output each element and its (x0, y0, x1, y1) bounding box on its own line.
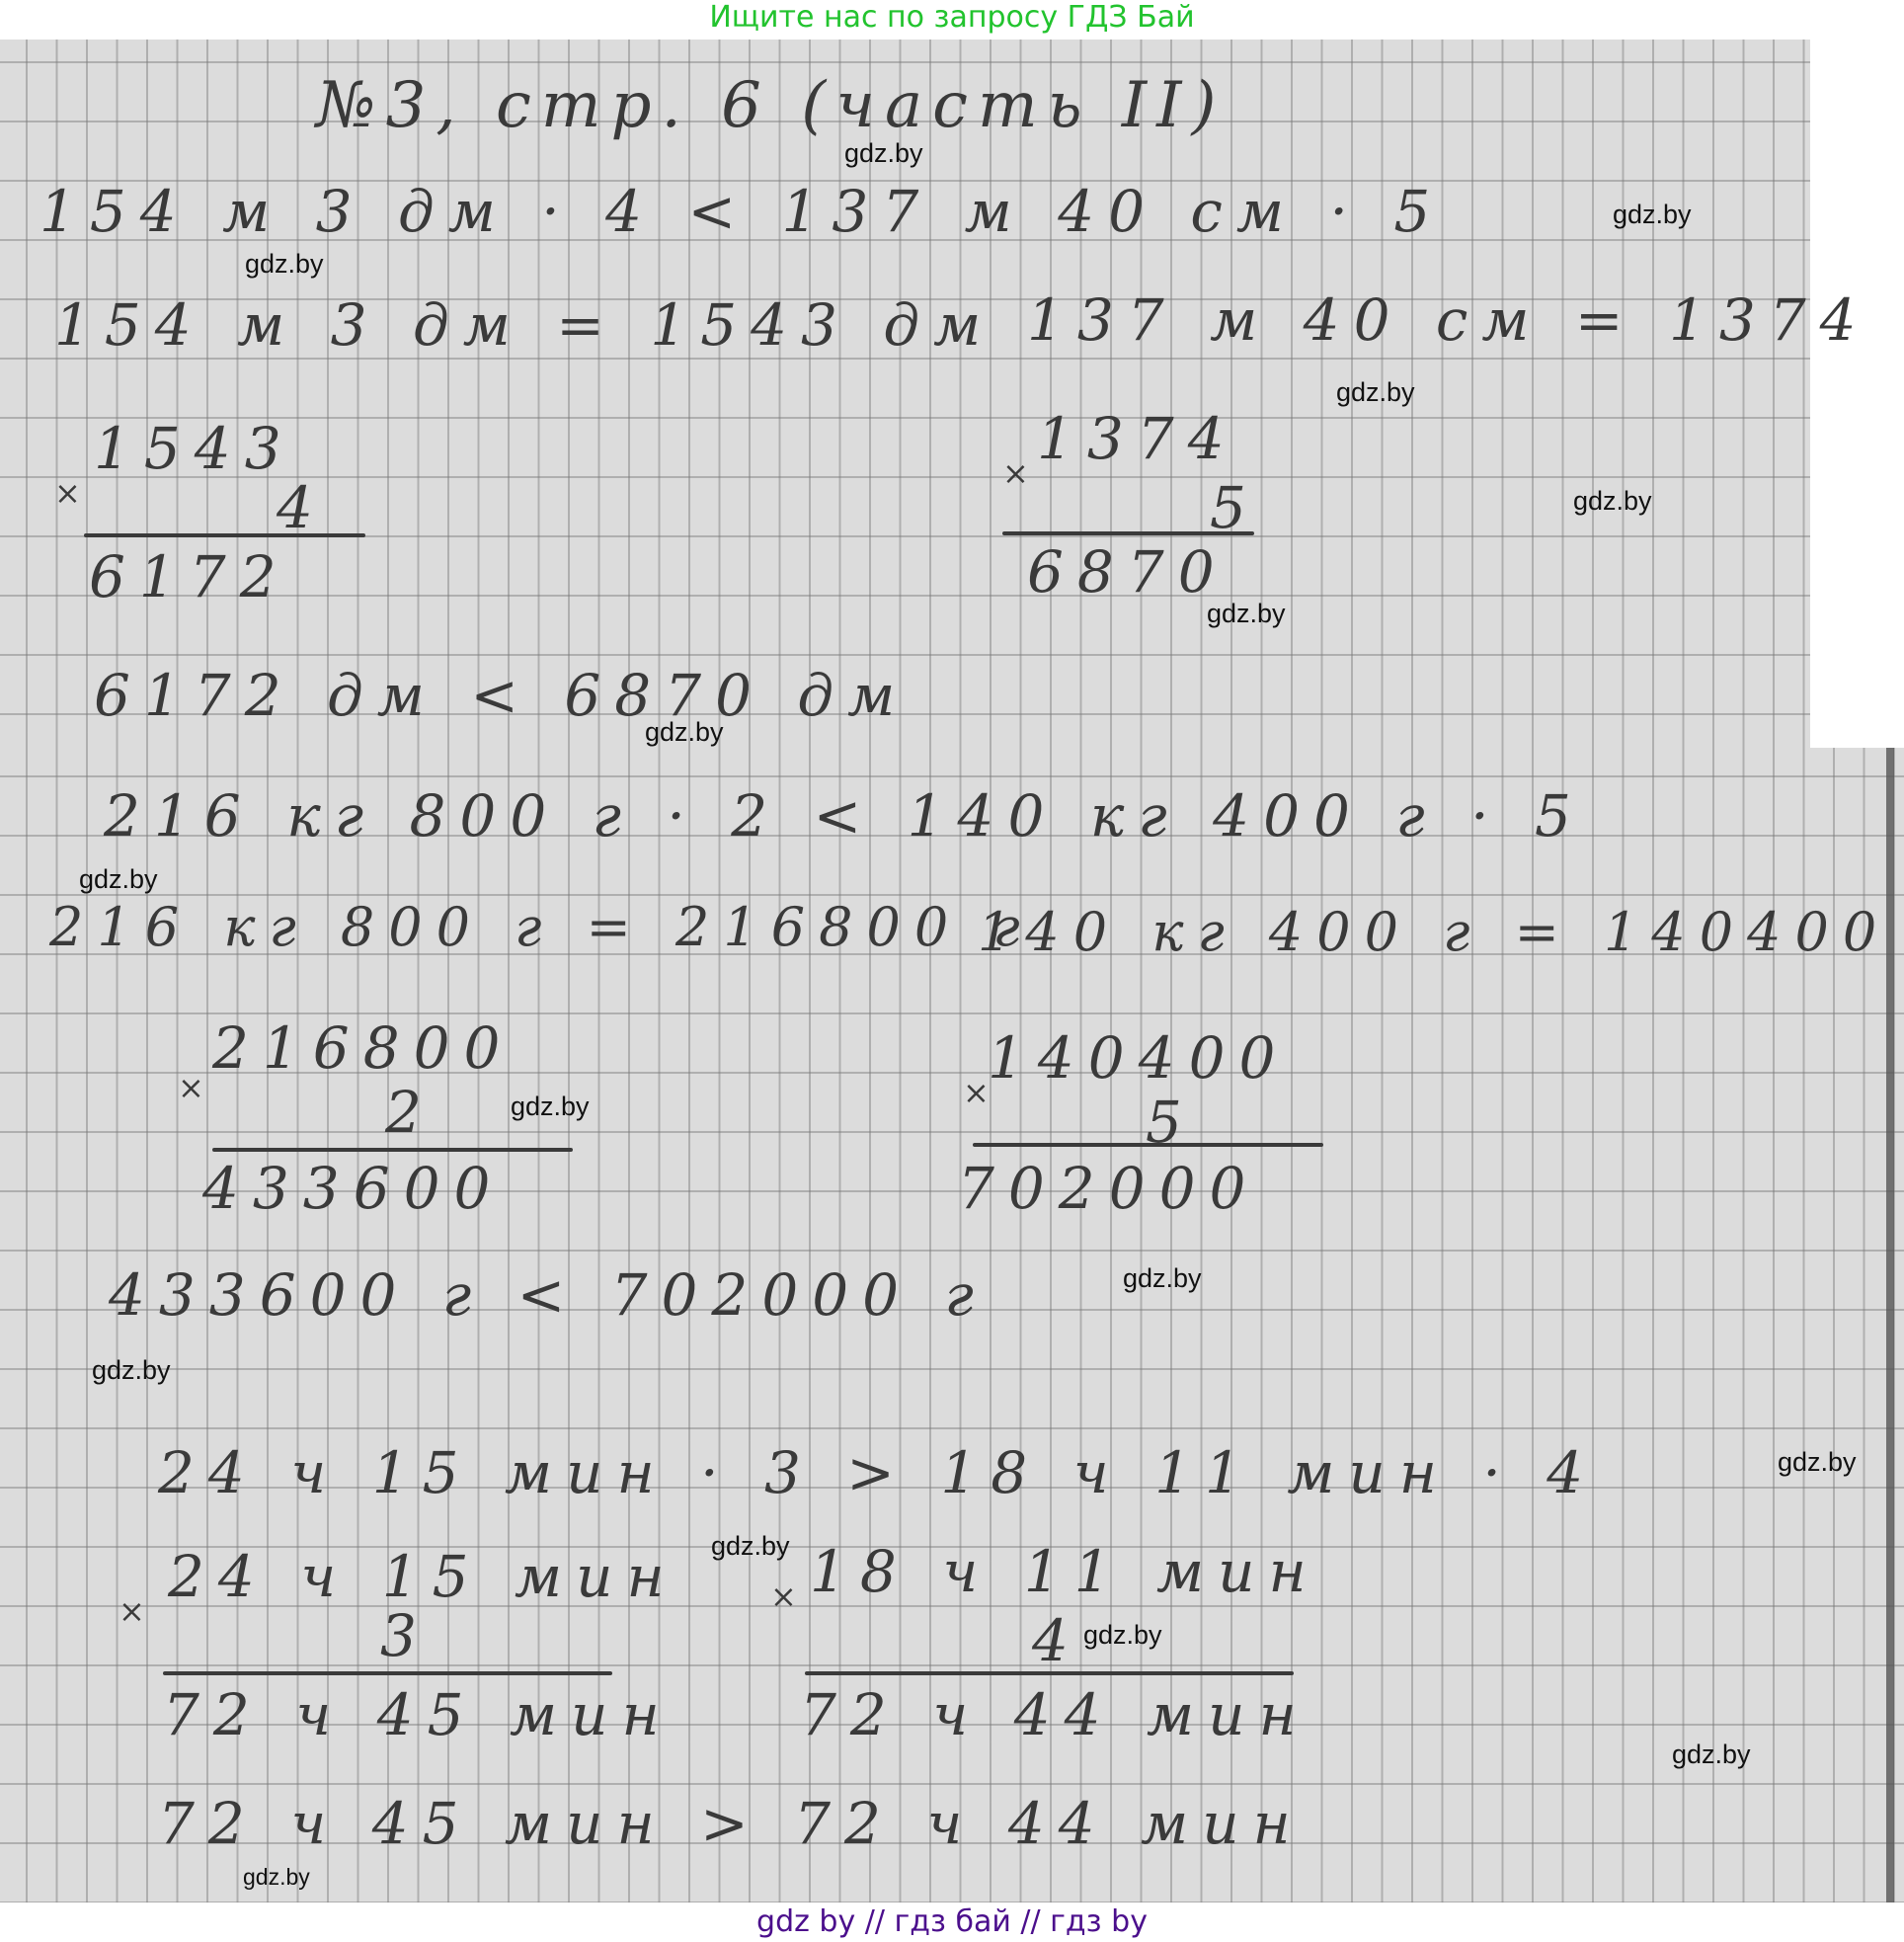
watermark: gdz.by (645, 717, 724, 748)
task3-left-underline (163, 1671, 612, 1675)
task2-right-multiplicand: 140400 (988, 1024, 1289, 1092)
task2-conversion-right: 140 кг 400 г = 140400 г (978, 901, 1904, 963)
task3-comparison: 24 ч 15 мин · 3 > 18 ч 11 мин · 4 (158, 1439, 1597, 1506)
watermark: gdz.by (711, 1531, 790, 1562)
task2-result: 433600 г < 702000 г (109, 1261, 988, 1329)
watermark: gdz.by (1672, 1740, 1751, 1770)
task1-left-underline (84, 533, 365, 537)
task2-right-underline (973, 1143, 1323, 1147)
task1-left-multiplier: 4 (277, 474, 327, 541)
task2-left-multiplicand: 216800 (212, 1014, 514, 1082)
task2-right-mult-sign: × (963, 1074, 990, 1111)
task1-right-underline (1002, 531, 1254, 535)
task1-comparison: 154 м 3 дм · 4 < 137 м 40 см · 5 (40, 178, 1444, 245)
watermark: gdz.by (844, 138, 923, 169)
task3-right-underline (805, 1671, 1294, 1675)
task3-left-mult-sign: × (119, 1592, 145, 1630)
task2-conversion-left: 216 кг 800 г = 216800 г (49, 896, 1034, 958)
watermark: gdz.by (1778, 1447, 1857, 1478)
task1-left-multiplicand: 1543 (94, 415, 295, 482)
watermark: gdz.by (243, 1864, 310, 1891)
task1-conversion-left: 154 м 3 дм = 1543 дм (54, 291, 994, 359)
watermark: gdz.by (1207, 599, 1286, 629)
watermark: gdz.by (511, 1092, 590, 1122)
task2-left-product: 433600 (202, 1155, 504, 1222)
task3-right-multiplier: 4 (1032, 1607, 1082, 1674)
task1-result: 6172 дм < 6870 дм (94, 662, 909, 729)
task2-right-product: 702000 (958, 1155, 1259, 1222)
task3-left-product: 72 ч 45 мин (163, 1681, 674, 1748)
watermark: gdz.by (1613, 200, 1692, 230)
footer-banner: gdz by // гдз бай // гдз by (0, 1902, 1904, 1942)
task3-left-multiplicand: 24 ч 15 мин (168, 1543, 678, 1610)
watermark: gdz.by (92, 1355, 171, 1386)
task3-result: 72 ч 45 мин > 72 ч 44 мин (158, 1790, 1305, 1857)
task3-left-multiplier: 3 (380, 1602, 431, 1669)
watermark: gdz.by (1123, 1263, 1202, 1294)
task3-right-mult-sign: × (770, 1578, 797, 1615)
watermark: gdz.by (79, 864, 158, 895)
task3-right-product: 72 ч 44 мин (800, 1681, 1310, 1748)
watermark: gdz.by (245, 249, 324, 280)
watermark: gdz.by (1336, 377, 1415, 408)
task1-right-product: 6870 (1027, 538, 1229, 606)
task1-left-product: 6172 (89, 543, 290, 610)
task1-right-mult-sign: × (1002, 454, 1029, 492)
task2-left-multiplier: 2 (385, 1079, 436, 1146)
task2-comparison: 216 кг 800 г · 2 < 140 кг 400 г · 5 (104, 782, 1585, 850)
task1-conversion-right: 137 м 40 см = 1374 дм (1027, 286, 1904, 354)
watermark: gdz.by (1083, 1620, 1162, 1651)
task2-left-mult-sign: × (178, 1069, 204, 1106)
watermark: gdz.by (1573, 486, 1652, 517)
exercise-title: №3, стр. 6 (часть II) (316, 69, 1226, 142)
task1-left-mult-sign: × (54, 474, 81, 512)
task1-right-multiplicand: 1374 (1037, 405, 1238, 472)
notebook-page-1: №3, стр. 6 (часть II) 154 м 3 дм · 4 < 1… (0, 40, 1810, 748)
search-banner: Ищите нас по запросу ГДЗ Бай (0, 0, 1904, 40)
task3-right-multiplicand: 18 ч 11 мин (810, 1538, 1320, 1605)
task2-left-underline (212, 1148, 573, 1152)
notebook-page-2: 216 кг 800 г · 2 < 140 кг 400 г · 5 216 … (0, 748, 1904, 1902)
